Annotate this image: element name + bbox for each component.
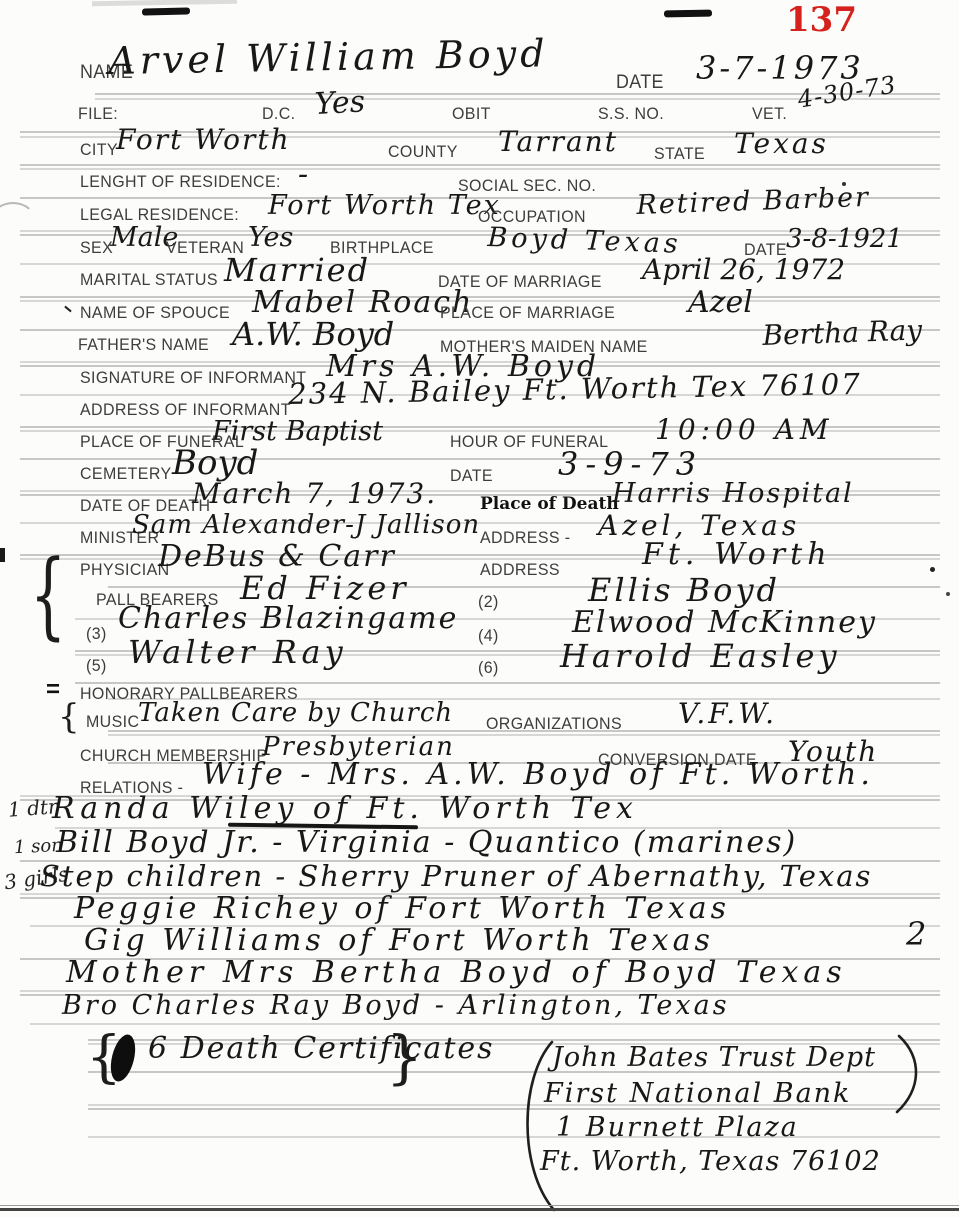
pallbearer-num-6: (6) (478, 658, 499, 678)
trust-note-paren-close (893, 1030, 929, 1118)
pallbearers-brace: { (30, 548, 66, 643)
mother-maiden-value: Bertha Ray (762, 316, 923, 350)
place-of-death-value: Harris Hospital (612, 480, 854, 507)
place-of-marriage-label: PLACE OF MARRIAGE (440, 303, 615, 323)
physician-address-value: Ft. Worth (642, 540, 832, 570)
pallbearer-num-5: (5) (86, 656, 107, 676)
county-label: COUNTY (388, 142, 458, 162)
marital-status-value: Married (224, 254, 370, 286)
name-value: Arvel William Boyd (108, 34, 549, 80)
scan-edge-tick (0, 548, 5, 562)
relations-line-2: Randa Wiley of Ft. Worth Tex (52, 794, 638, 824)
date-of-death-value: March 7, 1973. (192, 480, 437, 508)
scanned-funeral-record: 137 NAME Arvel William Boyd DATE 3-7-197… (0, 0, 959, 1217)
trust-note-line-2: First National Bank (544, 1080, 851, 1107)
minister-address-label: ADDRESS - (480, 528, 570, 548)
scan-dot-3 (946, 592, 950, 596)
pallbearer-num-3: (3) (86, 624, 107, 644)
redaction-dash-right (664, 10, 712, 18)
city-value: Fort Worth (116, 126, 291, 154)
pallbearer-1: Ed Fizer (240, 572, 410, 604)
dc-label: D.C. (262, 104, 295, 124)
marriage-date-value: April 26, 1972 (642, 256, 845, 284)
burial-date-label: DATE (450, 466, 493, 486)
rule-line (20, 164, 940, 166)
bottom-scan-line-dark (0, 1208, 959, 1211)
rule-line (20, 300, 940, 302)
organizations-value: V.F.W. (678, 700, 777, 728)
rule-line (20, 168, 940, 170)
date-label: DATE (616, 72, 664, 94)
trust-note-line-4: Ft. Worth, Texas 76102 (540, 1148, 881, 1175)
length-residence-value: - (298, 160, 308, 190)
pallbearer-6: Harold Easley (560, 640, 841, 672)
trust-note-line-1: John Bates Trust Dept (552, 1044, 876, 1071)
cemetery-value: Boyd (172, 446, 258, 480)
scan-tick (64, 306, 71, 313)
legal-residence-value: Fort Worth Tex (268, 192, 501, 219)
bottom-scan-line-light (0, 1205, 959, 1206)
scan-dot-1 (842, 182, 846, 186)
state-value: Texas (734, 130, 829, 158)
pallbearer-num-4: (4) (478, 626, 499, 646)
county-value: Tarrant (498, 128, 618, 156)
certificates-text: 6 Death Certificates (148, 1034, 495, 1064)
burial-date-value: 3-9-73 (558, 448, 703, 480)
state-label: STATE (654, 144, 705, 164)
trust-note-line-3: 1 Burnett Plaza (556, 1114, 799, 1141)
redaction-dash-left (142, 7, 190, 15)
physician-label: PHYSICIAN (80, 560, 170, 580)
sex-label: SEX (80, 238, 113, 258)
occupation-value: Retired Barber (636, 184, 870, 219)
spouse-label: NAME OF SPOUCE (80, 303, 230, 323)
relations-line-7: Mother Mrs Bertha Boyd of Boyd Texas (66, 958, 847, 988)
informant-address-value: 234 N. Bailey Ft. Worth Tex 76107 (288, 370, 862, 409)
rule-line (30, 1023, 940, 1025)
relations-line-1: Wife - Mrs. A.W. Boyd of Ft. Worth. (202, 760, 874, 790)
dc-value: Yes (314, 87, 366, 120)
birth-date-value: 3-8-1921 (786, 226, 903, 252)
rule-line (20, 458, 940, 460)
place-of-funeral-value: First Baptist (212, 418, 383, 445)
hour-of-funeral-value: 10:00 AM (655, 416, 833, 444)
scan-dot-2 (930, 567, 935, 572)
minister-value: Sam Alexander-J Jallison (132, 512, 480, 538)
pallbearer-4: Elwood McKinney (572, 608, 877, 638)
vet-label: VET. (752, 104, 787, 124)
relations-line-4: Step children - Sherry Pruner of Abernat… (40, 862, 872, 891)
place-of-marriage-value: Azel (688, 288, 753, 318)
music-value: Taken Care by Church (138, 700, 453, 726)
obit-label: OBIT (452, 104, 491, 124)
page-number: 137 (786, 0, 857, 40)
file-label: FILE: (78, 104, 118, 124)
rule-line (20, 296, 940, 298)
ssno-label: S.S. NO. (598, 104, 664, 124)
relations-line-3: Bill Boyd Jr. - Virginia - Quantico (mar… (56, 828, 797, 858)
relations-line-5: Peggie Richey of Fort Worth Texas (74, 894, 730, 924)
pallbearer-num-2: (2) (478, 592, 499, 612)
marital-status-label: MARITAL STATUS (80, 270, 218, 290)
scan-smudge (92, 0, 237, 6)
cemetery-label: CEMETERY (80, 464, 172, 484)
physician-value: DeBus & Carr (158, 542, 396, 572)
informant-signature-label: SIGNATURE OF INFORMANT (80, 368, 306, 388)
father-name-value: A.W. Boyd (232, 318, 394, 350)
veteran-value: Yes (248, 224, 293, 251)
city-label: CITY (80, 140, 118, 160)
music-brace: { (58, 700, 80, 734)
organizations-label: ORGANIZATIONS (486, 714, 622, 734)
length-residence-label: LENGHT OF RESIDENCE: (80, 172, 281, 192)
relations-line-6: Gig Williams of Fort Worth Texas (84, 926, 714, 956)
rule-line (108, 586, 940, 588)
pallbearer-5: Walter Ray (128, 636, 347, 668)
side-note-2: 2 (906, 918, 926, 950)
certificates-brace-close: } (386, 1028, 423, 1086)
pallbearer-3: Charles Blazingame (118, 604, 458, 634)
minister-address-value: Azel, Texas (598, 512, 800, 540)
music-label: MUSIC (86, 712, 139, 732)
pallbearer-2: Ellis Boyd (588, 574, 780, 606)
father-name-label: FATHER'S NAME (78, 335, 209, 355)
physician-address-label: ADDRESS (480, 560, 560, 580)
relations-line-8: Bro Charles Ray Boyd - Arlington, Texas (62, 992, 730, 1019)
relations-margin-1: 1 dtr (7, 796, 58, 819)
